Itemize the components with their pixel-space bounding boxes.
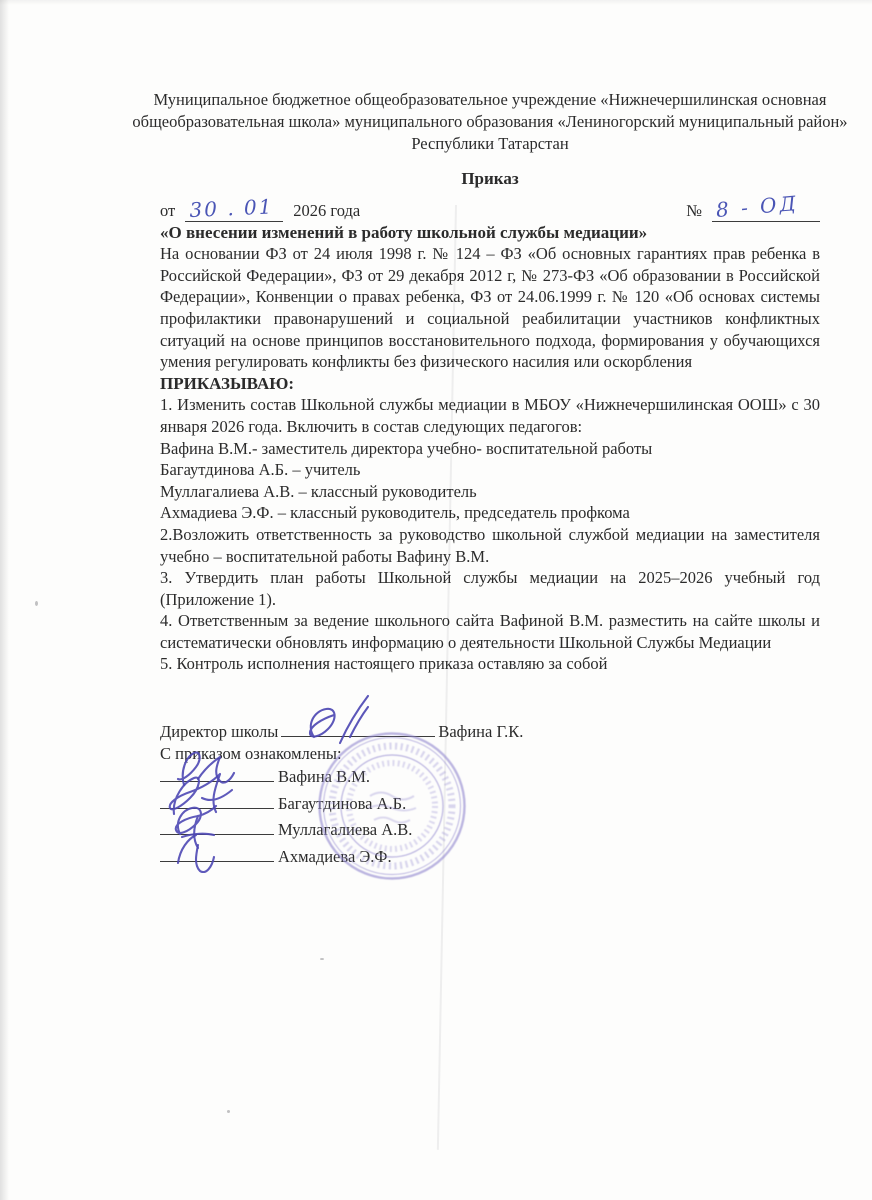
scan-speck: [320, 958, 324, 960]
scan-speck: [227, 1110, 230, 1113]
order-number: №8 - ОД: [686, 200, 820, 222]
signature-line: [160, 793, 274, 809]
scan-speck: [35, 601, 38, 606]
organization-name: Муниципальное бюджетное общеобразователь…: [128, 89, 852, 155]
order-item: 4. Ответственным за ведение школьного са…: [160, 610, 820, 653]
order-item: 3. Утвердить план работы Школьной службы…: [160, 567, 820, 610]
director-signature-row: Директор школыВафина Г.К.: [160, 721, 820, 743]
scan-edge-shadow-top: [0, 0, 872, 5]
order-item: 1. Изменить состав Школьной службы медиа…: [160, 394, 820, 437]
date-suffix-label: 2026 года: [293, 200, 360, 222]
order-date: от30 . 012026 года: [160, 200, 360, 222]
signature-row: Вафина В.М.: [160, 764, 820, 791]
signature-line: [160, 819, 274, 835]
date-prefix-label: от: [160, 200, 175, 222]
order-item-member: Муллагалиева А.В. – классный руководител…: [160, 481, 820, 503]
date-blank-line: 30 . 01: [185, 204, 283, 222]
order-heading: Приказ: [160, 168, 820, 190]
scan-edge-shadow: [0, 0, 9, 1200]
order-item: 5. Контроль исполнения настоящего приказ…: [160, 653, 820, 675]
order-document: Муниципальное бюджетное общеобразователь…: [160, 89, 820, 870]
order-item-member: Багаутдинова А.Б. – учитель: [160, 459, 820, 481]
signature-row: Ахмадиева Э.Ф.: [160, 844, 820, 871]
preamble-paragraph: На основании ФЗ от 24 июля 1998 г. № 124…: [160, 243, 820, 373]
signature-line: [160, 766, 274, 782]
date-number-row: от30 . 012026 года №8 - ОД: [160, 195, 820, 222]
signature-line: [160, 846, 274, 862]
handwritten-date: 30 . 01: [189, 196, 274, 221]
director-role-label: Директор школы: [160, 722, 278, 741]
order-item-member: Вафина В.М.- заместитель директора учебн…: [160, 438, 820, 460]
number-blank-line: 8 - ОД: [712, 204, 820, 222]
signature-row: Багаутдинова А.Б.: [160, 791, 820, 818]
scanned-document-page: Муниципальное бюджетное общеобразователь…: [0, 0, 872, 1200]
acknowledgement-heading: С приказом ознакомлены:: [160, 743, 820, 765]
order-item-member: Ахмадиева Э.Ф. – классный руководитель, …: [160, 502, 820, 524]
order-items: 1. Изменить состав Школьной службы медиа…: [160, 394, 820, 675]
handwritten-number: 8 - ОД: [715, 193, 799, 222]
resolution-heading: ПРИКАЗЫВАЮ:: [160, 373, 820, 395]
order-subject: «О внесении изменений в работу школьной …: [160, 222, 820, 244]
signature-row: Муллагалиева А.В.: [160, 817, 820, 844]
order-item: 2.Возложить ответственность за руководст…: [160, 524, 820, 567]
number-prefix-label: №: [686, 200, 702, 222]
round-seal-stamp-icon: [316, 730, 468, 882]
